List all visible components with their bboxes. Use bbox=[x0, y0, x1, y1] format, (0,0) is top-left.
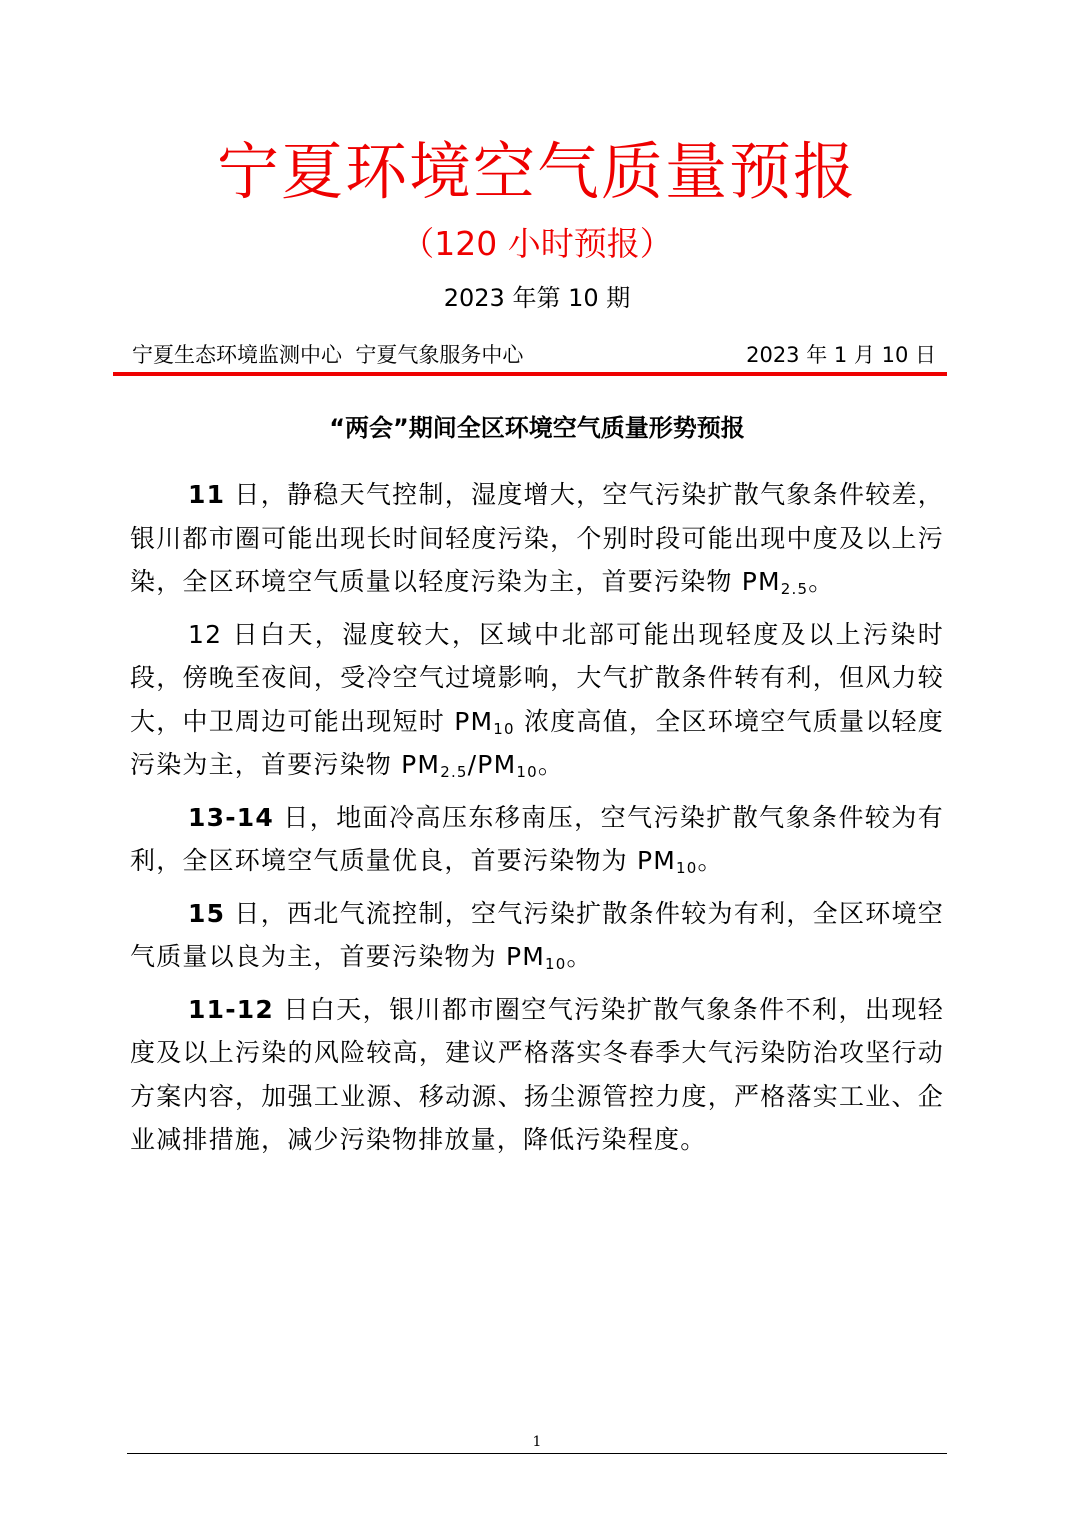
paragraph-lead: 11-12 bbox=[188, 995, 274, 1024]
footer-divider bbox=[127, 1453, 947, 1454]
page-number: 1 bbox=[0, 1432, 1074, 1452]
document-heading: “两会”期间全区环境空气质量形势预报 bbox=[0, 408, 1074, 448]
subscript: 10 bbox=[493, 720, 515, 738]
subscript: 2.5 bbox=[781, 580, 808, 598]
header-divider bbox=[113, 372, 947, 376]
subscript: 2.5 bbox=[440, 763, 467, 781]
report-title: 宁夏环境空气质量预报 bbox=[0, 132, 1074, 212]
paragraph-text: /PM bbox=[468, 750, 517, 779]
paragraph-lead: 15 bbox=[188, 899, 225, 928]
report-subtitle: （120 小时预报） bbox=[0, 222, 1074, 266]
paragraph-text: 。 bbox=[808, 567, 834, 596]
issue-number: 2023 年第 10 期 bbox=[0, 280, 1074, 316]
paragraph-day-15: 15 日，西北气流控制，空气污染扩散条件较为有利，全区环境空气质量以良为主，首要… bbox=[130, 892, 944, 979]
paragraph-day-11: 11 日，静稳天气控制，湿度增大，空气污染扩散气象条件较差，银川都市圈可能出现长… bbox=[130, 473, 944, 604]
paragraph-day-12: 12 日白天，湿度较大，区域中北部可能出现轻度及以上污染时段，傍晚至夜间，受冷空… bbox=[130, 613, 944, 787]
issue-date: 2023 年 1 月 10 日 bbox=[746, 338, 936, 372]
issuer-agencies: 宁夏生态环境监测中心 宁夏气象服务中心 bbox=[132, 338, 523, 372]
paragraph-lead: 11 bbox=[188, 480, 225, 509]
document-body: 11 日，静稳天气控制，湿度增大，空气污染扩散气象条件较差，银川都市圈可能出现长… bbox=[130, 473, 944, 1171]
subscript: 10 bbox=[545, 955, 567, 973]
subscript: 10 bbox=[516, 763, 538, 781]
issuer-row: 宁夏生态环境监测中心 宁夏气象服务中心 2023 年 1 月 10 日 bbox=[132, 338, 936, 372]
paragraph-text: 。 bbox=[538, 750, 564, 779]
paragraph-text: 日，西北气流控制，空气污染扩散条件较为有利，全区环境空气质量以良为主，首要污染物… bbox=[130, 899, 944, 972]
subscript: 10 bbox=[676, 859, 698, 877]
paragraph-text: 。 bbox=[698, 846, 724, 875]
paragraph-text: 。 bbox=[567, 942, 593, 971]
paragraph-lead: 13-14 bbox=[188, 803, 274, 832]
paragraph-recommendation: 11-12 日白天，银川都市圈空气污染扩散气象条件不利，出现轻度及以上污染的风险… bbox=[130, 988, 944, 1162]
paragraph-day-13-14: 13-14 日，地面冷高压东移南压，空气污染扩散气象条件较为有利，全区环境空气质… bbox=[130, 796, 944, 883]
